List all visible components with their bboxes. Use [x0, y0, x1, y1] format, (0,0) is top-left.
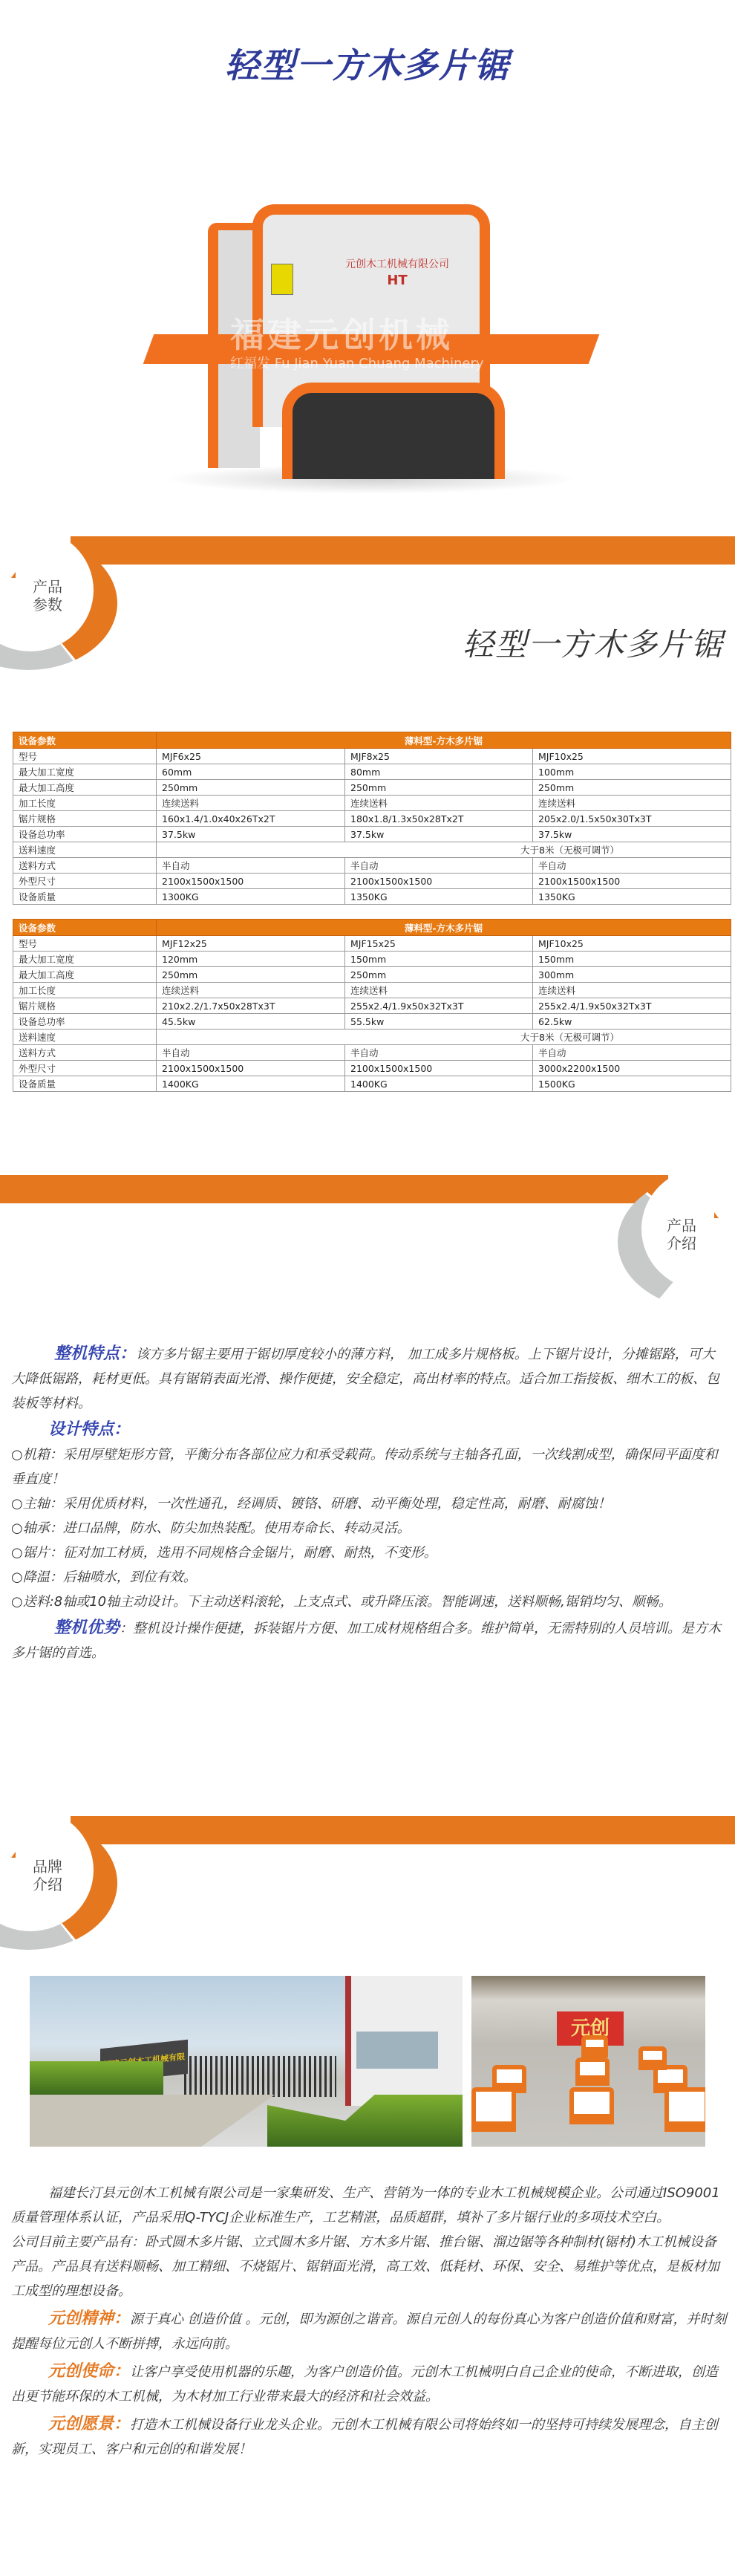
product-image: 元创木工机械有限公司 HT 福建元创机械 红福发 Fu Jian Yuan Ch… [141, 182, 601, 494]
cell: MJF15x25 [345, 936, 533, 952]
cell: 250mm [533, 780, 731, 796]
tick-icon [11, 572, 16, 578]
table-row: 送料方式半自动半自动半自动 [13, 1045, 731, 1061]
table-row: 锯片规格160x1.4/1.0x40x26Tx2T180x1.8/1.3x50x… [13, 811, 731, 827]
section-label: 产品 介绍 [667, 1217, 696, 1252]
road [30, 2095, 275, 2147]
section-subtitle: 轻型一方木多片锯 [463, 620, 724, 665]
tick-icon [11, 1852, 16, 1858]
cell: 205x2.0/1.5x50x30Tx3T [533, 811, 731, 827]
design-item: ○锯片：征对加工材质，选用不同规格合金锯片，耐磨、耐热，不变形。 [11, 1541, 724, 1565]
cell: 1350KG [345, 889, 533, 905]
row-label: 送料方式 [13, 858, 157, 874]
cell: 55.5kw [345, 1014, 533, 1030]
row-label: 型号 [13, 749, 157, 764]
cell: 1400KG [345, 1076, 533, 1092]
table-row: 送料速度大于8米（无极可调节） [13, 842, 731, 858]
table-header-left: 设备参数 [13, 920, 157, 936]
cell: 37.5kw [345, 827, 533, 842]
watermark-cn: 福建元创机械 [230, 308, 453, 357]
mission-paragraph: 元创使命：让客户享受使用机器的乐趣，为客户创造价值。元创木工机械明白自己企业的使… [11, 2359, 728, 2409]
company-para-1: 福建长汀县元创木工机械有限公司是一家集研发、生产、营销为一体的专业木工机械规模企… [11, 2181, 728, 2230]
advantage-title: 整机优势 [54, 1619, 120, 1637]
section-label-line2: 介绍 [667, 1235, 696, 1252]
cell: 60mm [157, 764, 345, 780]
cell: 半自动 [157, 858, 345, 874]
watermark-en: 红福发 Fu Jian Yuan Chuang Machinery [230, 353, 484, 372]
table-row: 加工长度连续送料连续送料连续送料 [13, 983, 731, 998]
cell: MJF8x25 [345, 749, 533, 764]
section-label-line1: 产品 [667, 1217, 696, 1235]
row-label: 设备质量 [13, 1076, 157, 1092]
features-paragraph: 整机特点：该方多片锯主要用于锯切厚度较小的薄方料， 加工成多片规格板。上下锯片设… [11, 1341, 724, 1416]
tick-icon [714, 1212, 719, 1218]
row-label: 设备质量 [13, 889, 157, 905]
table-header-row: 设备参数 薄料型-方木多片锯 [13, 920, 731, 936]
brand-mark: HT [342, 273, 453, 289]
row-label: 最大加工高度 [13, 967, 157, 983]
hedge [30, 2061, 163, 2095]
cell: 150mm [533, 952, 731, 967]
cell: 连续送料 [345, 983, 533, 998]
cell: 160x1.4/1.0x40x26Tx2T [157, 811, 345, 827]
company-text: 福建长汀县元创木工机械有限公司是一家集研发、生产、营销为一体的专业木工机械规模企… [11, 2181, 728, 2462]
cell: 1350KG [533, 889, 731, 905]
cell: 半自动 [533, 1045, 731, 1061]
table-row: 最大加工高度250mm250mm300mm [13, 967, 731, 983]
section-bar [0, 1175, 668, 1203]
table-row: 加工长度连续送料连续送料连续送料 [13, 796, 731, 811]
company-para-1-text: 福建长汀县元创木工机械有限公司是一家集研发、生产、营销为一体的专业木工机械规模企… [11, 2185, 720, 2225]
row-label: 加工长度 [13, 983, 157, 998]
design-title: 设计特点： [48, 1420, 130, 1439]
machine-thumb [471, 2087, 516, 2132]
merged-cell: 大于8米（无极可调节） [157, 842, 731, 858]
section-label: 产品 参数 [33, 578, 62, 614]
intro-text: 整机特点：该方多片锯主要用于锯切厚度较小的薄方料， 加工成多片规格板。上下锯片设… [11, 1341, 724, 1665]
section-label-line2: 介绍 [33, 1876, 62, 1893]
section-label: 品牌 介绍 [33, 1858, 62, 1893]
section-header-intro: 产品 介绍 [0, 1159, 735, 1322]
cell: MJF12x25 [157, 936, 345, 952]
table-row: 设备总功率45.5kw55.5kw62.5kw [13, 1014, 731, 1030]
section-label-line1: 产品 [33, 578, 62, 596]
cell: 1300KG [157, 889, 345, 905]
table-header-right: 薄料型-方木多片锯 [157, 732, 731, 749]
workshop-photo: 元创 [471, 1976, 705, 2147]
vision-paragraph: 元创愿景：打造木工机械设备行业龙头企业。元创木工机械有限公司将始终如一的坚持可持… [11, 2412, 728, 2462]
cell: 150mm [345, 952, 533, 967]
design-item: ○轴承：进口品牌，防水、防尖加热装配。使用寿命长、转动灵活。 [11, 1516, 724, 1541]
cell: 300mm [533, 967, 731, 983]
machine-thumb [638, 2046, 667, 2070]
machine-base [282, 383, 505, 479]
row-label: 送料速度 [13, 1030, 157, 1045]
cell: MJF10x25 [533, 749, 731, 764]
cell: 45.5kw [157, 1014, 345, 1030]
row-label: 最大加工宽度 [13, 764, 157, 780]
table-row: 最大加工宽度60mm80mm100mm [13, 764, 731, 780]
row-label: 送料方式 [13, 1045, 157, 1061]
cell: 255x2.4/1.9x50x32Tx3T [533, 998, 731, 1014]
gatehouse-window [356, 2032, 438, 2069]
cell: 半自动 [345, 1045, 533, 1061]
row-label: 设备总功率 [13, 1014, 157, 1030]
cell: 半自动 [533, 858, 731, 874]
spirit-title: 元创精神： [48, 2309, 130, 2328]
table-row: 锯片规格210x2.2/1.7x50x28Tx3T255x2.4/1.9x50x… [13, 998, 731, 1014]
features-title: 整机特点： [54, 1344, 136, 1363]
table-row: 型号MJF12x25MJF15x25MJF10x25 [13, 936, 731, 952]
cell: 2100x1500x1500 [345, 874, 533, 889]
machine-label-text: 元创木工机械有限公司 [342, 256, 453, 273]
cell: MJF6x25 [157, 749, 345, 764]
cell: 250mm [345, 780, 533, 796]
cell: 210x2.2/1.7x50x28Tx3T [157, 998, 345, 1014]
design-item: ○降温：后轴喷水，到位有效。 [11, 1565, 724, 1590]
spirit-paragraph: 元创精神：源于真心 创造价值 。元创，即为源创之谐音。源自元创人的每份真心为客户… [11, 2306, 728, 2356]
cell: 100mm [533, 764, 731, 780]
design-item: ○主轴：采用优质材料，一次性通孔，经调质、镀铬、研磨、动平衡处理，稳定性高，耐磨… [11, 1492, 724, 1516]
vision-title: 元创愿景： [48, 2415, 130, 2433]
row-label: 锯片规格 [13, 811, 157, 827]
cell: 37.5kw [533, 827, 731, 842]
row-label: 外型尺寸 [13, 874, 157, 889]
warning-sticker [271, 264, 293, 295]
cell: 80mm [345, 764, 533, 780]
design-heading: 设计特点： [11, 1417, 724, 1443]
cell: 2100x1500x1500 [157, 874, 345, 889]
cell: 37.5kw [157, 827, 345, 842]
row-label: 型号 [13, 936, 157, 952]
cell: 半自动 [345, 858, 533, 874]
cell: 2100x1500x1500 [157, 1061, 345, 1076]
table-row: 外型尺寸2100x1500x15002100x1500x15003000x220… [13, 1061, 731, 1076]
table-row: 送料方式半自动半自动半自动 [13, 858, 731, 874]
row-label: 加工长度 [13, 796, 157, 811]
row-label: 送料速度 [13, 842, 157, 858]
design-item: ○送料:8轴或10轴主动设计。下主动送料滚轮，上支点式、或升降压滚。智能调速，送… [11, 1590, 724, 1614]
table-row: 设备质量1300KG1350KG1350KG [13, 889, 731, 905]
cell: MJF10x25 [533, 936, 731, 952]
machine-thumb [575, 2058, 610, 2086]
cell: 180x1.8/1.3x50x28Tx2T [345, 811, 533, 827]
cell: 250mm [157, 967, 345, 983]
section-bar [71, 536, 735, 565]
cell: 255x2.4/1.9x50x32Tx3T [345, 998, 533, 1014]
table-row: 型号MJF6x25MJF8x25MJF10x25 [13, 749, 731, 764]
mission-title: 元创使命： [48, 2362, 130, 2381]
table-row: 设备质量1400KG1400KG1500KG [13, 1076, 731, 1092]
machine-thumb [664, 2087, 705, 2132]
table-header-row: 设备参数 薄料型-方木多片锯 [13, 732, 731, 749]
machine-thumb [569, 2087, 614, 2124]
cell: 半自动 [157, 1045, 345, 1061]
table-row: 最大加工宽度120mm150mm150mm [13, 952, 731, 967]
cell: 1500KG [533, 1076, 731, 1092]
advantage-paragraph: 整机优势：整机设计操作便捷，拆装锯片方便、加工成材规格组合多。维护简单，无需特别… [11, 1616, 724, 1665]
cell: 连续送料 [533, 796, 731, 811]
section-label-line2: 参数 [33, 596, 62, 614]
cell: 250mm [345, 967, 533, 983]
table-row: 设备总功率37.5kw37.5kw37.5kw [13, 827, 731, 842]
section-header-brand: 品牌 介绍 [0, 1800, 735, 1948]
design-item: ○机箱：采用厚壁矩形方管，平衡分布各部位应力和承受载荷。传动系统与主轴各孔面，一… [11, 1443, 724, 1492]
cell: 62.5kw [533, 1014, 731, 1030]
page-title: 轻型一方木多片锯 [0, 39, 735, 88]
table-header-left: 设备参数 [13, 732, 157, 749]
table-row: 送料速度大于8米（无极可调节） [13, 1030, 731, 1045]
table-header-right: 薄料型-方木多片锯 [157, 920, 731, 936]
section-label-line1: 品牌 [33, 1858, 62, 1876]
table-row: 外型尺寸2100x1500x15002100x1500x15002100x150… [13, 874, 731, 889]
machine-thumb [581, 2035, 608, 2058]
row-label: 锯片规格 [13, 998, 157, 1014]
company-para-2: 公司目前主要产品有：卧式圆木多片锯、立式圆木多片锯、方木多片锯、推台锯、溜边锯等… [11, 2230, 728, 2303]
row-label: 最大加工高度 [13, 780, 157, 796]
spec-table-2: 设备参数 薄料型-方木多片锯 型号MJF12x25MJF15x25MJF10x2… [13, 919, 731, 1092]
cell: 3000x2200x1500 [533, 1061, 731, 1076]
row-label: 最大加工宽度 [13, 952, 157, 967]
cell: 连续送料 [345, 796, 533, 811]
merged-cell: 大于8米（无极可调节） [157, 1030, 731, 1045]
cell: 2100x1500x1500 [345, 1061, 533, 1076]
table-row: 最大加工高度250mm250mm250mm [13, 780, 731, 796]
section-bar [71, 1816, 735, 1844]
cell: 连续送料 [157, 796, 345, 811]
cell: 连续送料 [533, 983, 731, 998]
row-label: 设备总功率 [13, 827, 157, 842]
sliding-gate [184, 2056, 336, 2097]
row-label: 外型尺寸 [13, 1061, 157, 1076]
cell: 1400KG [157, 1076, 345, 1092]
spec-table-1: 设备参数 薄料型-方木多片锯 型号MJF6x25MJF8x25MJF10x25 … [13, 732, 731, 905]
cell: 120mm [157, 952, 345, 967]
factory-gate-photo: 福建元创木工机械有限公司 [30, 1976, 463, 2147]
cell: 连续送料 [157, 983, 345, 998]
cell: 2100x1500x1500 [533, 874, 731, 889]
cell: 250mm [157, 780, 345, 796]
